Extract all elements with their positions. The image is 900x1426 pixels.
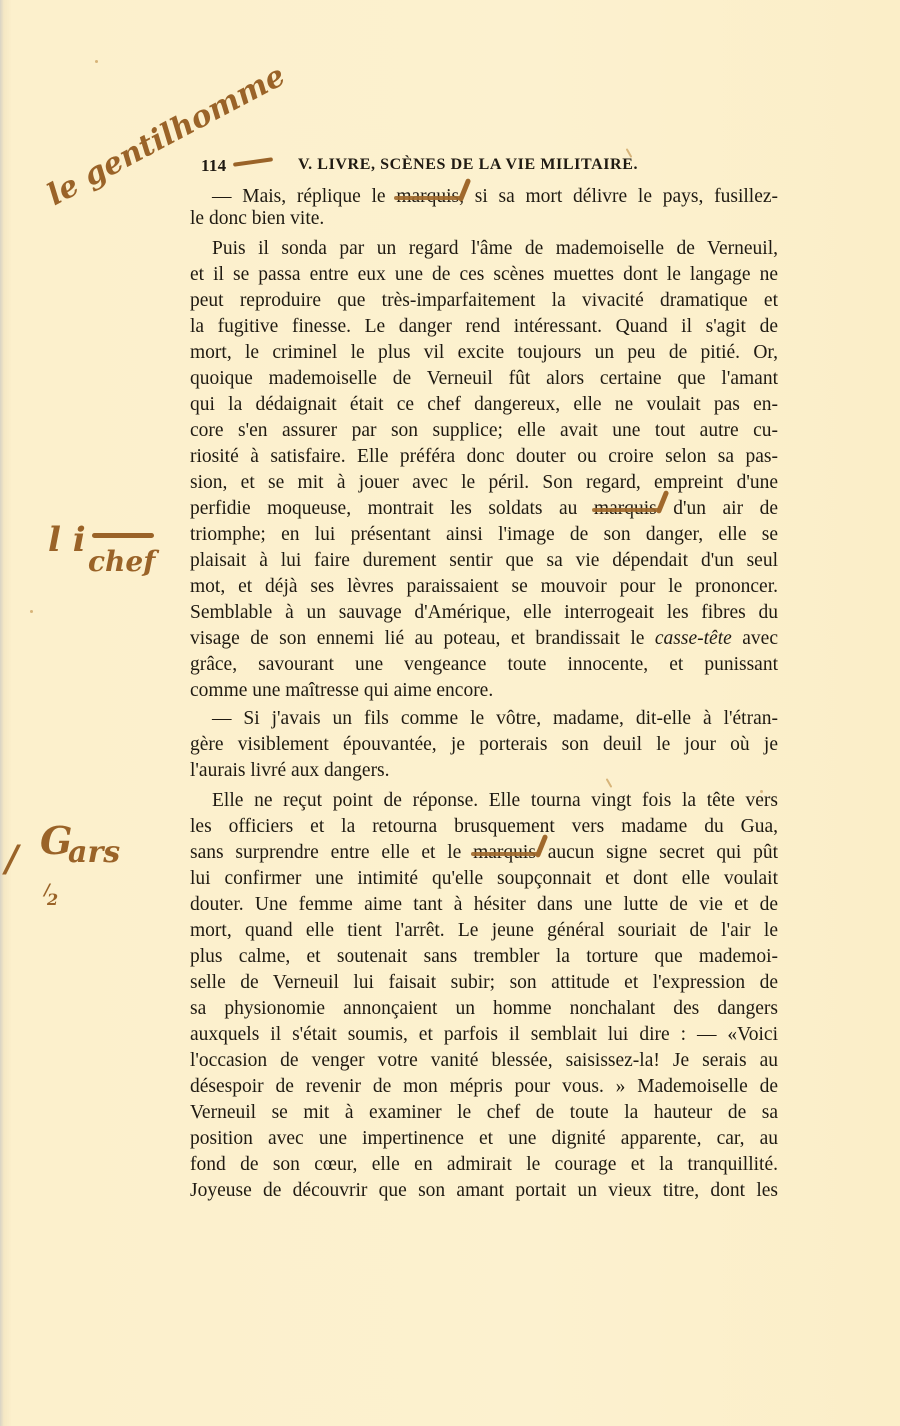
struck-word: marquis [473, 840, 536, 866]
text-line: plaisait à lui faire durement sentir que… [190, 548, 778, 574]
text-line: sans surprendre entre elle et le marquis… [190, 840, 778, 866]
text-line: mort, le criminel le plus vil excite tou… [190, 340, 778, 366]
text-line: Elle ne reçut point de réponse. Elle tou… [190, 788, 778, 814]
margin-annotation-li: l i [48, 520, 86, 560]
text-line: l'aurais livré aux dangers. [190, 758, 778, 784]
text-line: Semblable à un sauvage d'Amérique, elle … [190, 600, 778, 626]
margin-annotation-gars-rest: ars [68, 835, 120, 870]
text-line: désespoir de revenir de mon mépris pour … [190, 1074, 778, 1100]
text-line: Joyeuse de découvrir que son amant porta… [190, 1178, 778, 1204]
text-line: l'occasion de venger votre vanité blessé… [190, 1048, 778, 1074]
text-line: auxquels il s'était soumis, et parfois i… [190, 1022, 778, 1048]
text-line: selle de Verneuil lui faisait subir; son… [190, 970, 778, 996]
page-header: 114 V. LIVRE, SCÈNES DE LA VIE MILITAIRE… [201, 156, 781, 180]
text-line: fond de son cœur, elle en admirait le co… [190, 1152, 778, 1178]
paper-speck [30, 610, 33, 613]
text-line: comme une maîtresse qui aime encore. [190, 678, 778, 704]
italic-term: casse-tête [655, 628, 732, 649]
text-line: les officiers et la retourna brusquement… [190, 814, 778, 840]
text-line: douter. Une femme aime tant à hésiter da… [190, 892, 778, 918]
text-line: core s'en assurer par son supplice; elle… [190, 418, 778, 444]
text-line: visage de son ennemi lié au poteau, et b… [190, 626, 778, 652]
text-line: sion, et se mit à jouer avec le péril. S… [190, 470, 778, 496]
paper-speck [95, 60, 98, 63]
text-line: mot, et déjà ses lèvres paraissaient se … [190, 574, 778, 600]
text-line: grâce, savourant une vengeance toute inn… [190, 652, 778, 678]
text-line: Verneuil se mit à examiner le chef de to… [190, 1100, 778, 1126]
text-line: le donc bien vite. [190, 206, 778, 232]
text-line: peut reproduire que très-imparfaitement … [190, 288, 778, 314]
annotation-dash-line [92, 533, 154, 538]
text-line: lui confirmer une intimité qu'elle soupç… [190, 866, 778, 892]
text-line: position avec une impertinence et une di… [190, 1126, 778, 1152]
text-line: triomphe; en lui présentant ainsi l'imag… [190, 522, 778, 548]
text-line: quoique mademoiselle de Verneuil fût alo… [190, 366, 778, 392]
text-line: plus calme, et soutenait sans trembler l… [190, 944, 778, 970]
text-line: Puis il sonda par un regard l'âme de mad… [190, 236, 778, 262]
text-line: qui la dédaignait était ce chef dangereu… [190, 392, 778, 418]
margin-annotation-chef: chef [88, 545, 155, 578]
page-number: 114 [201, 156, 226, 176]
text-line: perfidie moqueuse, montrait les soldats … [190, 496, 778, 522]
scanned-page: 114 V. LIVRE, SCÈNES DE LA VIE MILITAIRE… [0, 0, 900, 1426]
text-line: riosité à satisfaire. Elle préféra donc … [190, 444, 778, 470]
margin-annotation-slash: / [5, 838, 18, 880]
text-line: sa physionomie annonçaient un homme nonc… [190, 996, 778, 1022]
text-line: et il se passa entre eux une de ces scèn… [190, 262, 778, 288]
text-line: la fugitive finesse. Le danger rend inté… [190, 314, 778, 340]
struck-word: marquis [594, 496, 657, 522]
margin-annotation-fraction-2: 2 [47, 890, 58, 909]
text-line: — Si j'avais un fils comme le vôtre, mad… [190, 706, 778, 732]
text-line: gère visiblement épouvantée, je porterai… [190, 732, 778, 758]
running-title: V. LIVRE, SCÈNES DE LA VIE MILITAIRE. [298, 156, 638, 174]
text-line: mort, quand elle tient l'arrêt. Le jeune… [190, 918, 778, 944]
